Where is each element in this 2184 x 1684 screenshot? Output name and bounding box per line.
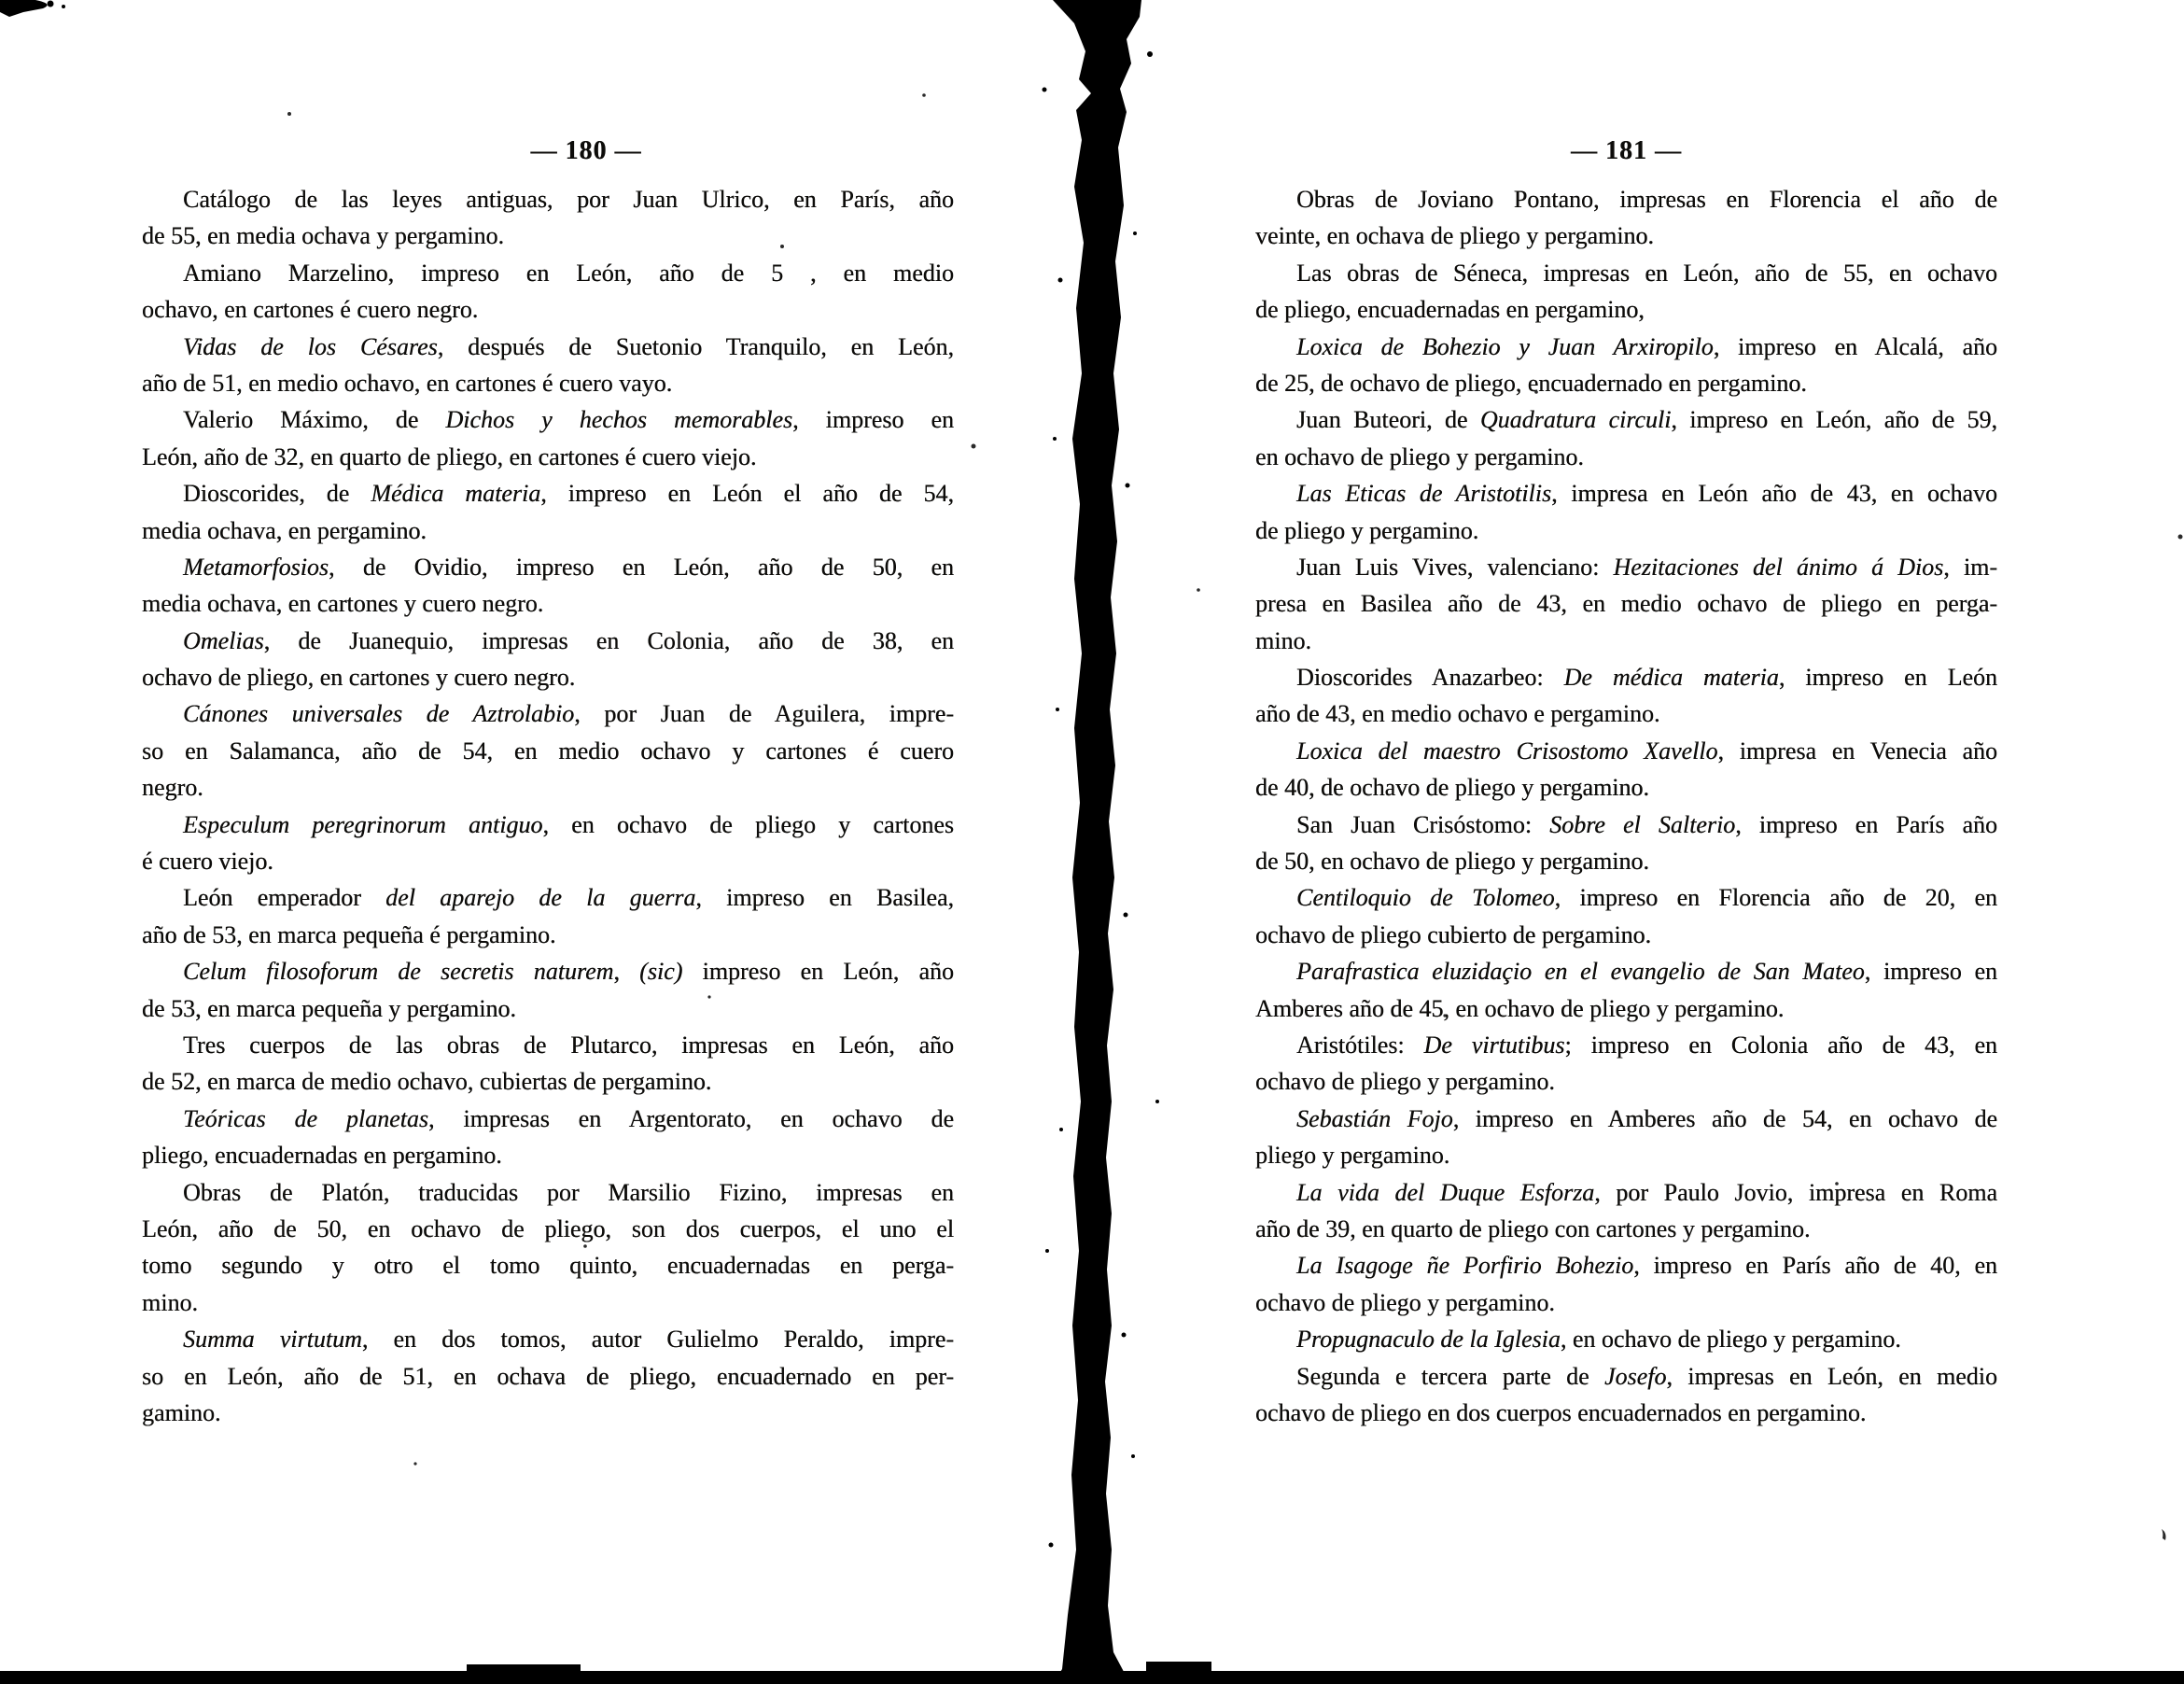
body-text: , impreso en León, año de 59, [1671, 406, 1997, 433]
book-title-italic: Centiloquio de Tolomeo [1296, 884, 1555, 911]
book-title-italic: Dichos y hechos memorables [445, 406, 792, 433]
body-text: Amberes año de 45, en ochavo de pliego y… [1255, 995, 1784, 1022]
body-text: é cuero viejo. [142, 848, 273, 875]
body-text: de 25, de ochavo de pliego, encuadernado… [1255, 370, 1807, 397]
text-line: Juan Luis Vives, valenciano: Hezitacione… [1255, 549, 1997, 585]
body-text: Segunda e tercera parte de [1296, 1363, 1604, 1390]
page-text-column-left: Catálogo de las leyes antiguas, por Juan… [142, 181, 954, 1431]
body-text: año de 43, en medio ochavo e pergamino. [1255, 700, 1659, 727]
book-title-italic: Omelias [183, 627, 264, 654]
text-line: presa en Basilea año de 43, en medio och… [1255, 585, 1997, 622]
text-line: Metamorfosios, de Ovidio, impreso en Leó… [142, 549, 954, 585]
text-line: Juan Buteori, de Quadratura circuli, imp… [1255, 401, 1997, 438]
body-text: , impresa en Venecia año [1717, 737, 1997, 765]
text-line: é cuero viejo. [142, 843, 954, 879]
book-title-italic: De médica materia [1564, 664, 1779, 691]
text-line: en ochavo de pliego y pergamino. [1255, 439, 1997, 475]
body-text: San Juan Crisóstomo: [1296, 811, 1549, 838]
body-text: de 55, en media ochava y pergamino. [142, 222, 504, 249]
book-title-italic: Summa virtutum [183, 1326, 362, 1353]
text-line: mino. [142, 1284, 954, 1321]
body-text: Amiano Marzelino, impreso en León, año d… [183, 260, 954, 287]
book-title-italic: Especulum peregrinorum antiguo [183, 811, 542, 838]
text-line: Aristótiles: De virtutibus; impreso en C… [1255, 1027, 1997, 1063]
text-line: año de 51, en medio ochavo, en cartones … [142, 365, 954, 401]
book-title-italic: Sobre el Salterio [1549, 811, 1735, 838]
text-line: mino. [1255, 623, 1997, 659]
book-title-italic: Loxica de Bohezio y Juan Arxiropilo [1296, 333, 1714, 360]
body-text: , impreso en Amberes año de 54, en ochav… [1453, 1105, 1997, 1132]
body-text: Catálogo de las leyes antiguas, por Juan… [183, 186, 954, 213]
text-line: Especulum peregrinorum antiguo, en ochav… [142, 807, 954, 843]
text-line: de pliego y pergamino. [1255, 512, 1997, 549]
body-text: , im- [1943, 554, 1997, 581]
book-title-italic: La vida del Duque Esforza [1296, 1179, 1594, 1206]
text-line: de 40, de ochavo de pliego y pergamino. [1255, 769, 1997, 806]
body-text: , de Ovidio, impreso en León, año de 50,… [329, 554, 954, 581]
body-text: mino. [142, 1289, 198, 1316]
body-text: ochavo, en cartones é cuero negro. [142, 296, 478, 323]
text-line: veinte, en ochava de pliego y pergamino. [1255, 218, 1997, 254]
body-text: pliego, encuadernadas en pergamino. [142, 1142, 502, 1169]
text-line: Celum filosoforum de secretis naturem, (… [142, 953, 954, 989]
text-line: La Isagoge ñe Porfirio Bohezio, impreso … [1255, 1247, 1997, 1284]
body-text: , en ochavo de pliego y pergamino. [1561, 1326, 1901, 1353]
gutter-speckle [1043, 51, 1160, 1548]
text-line: so en León, año de 51, en ochava de plie… [142, 1358, 954, 1395]
body-text: año de 39, en quarto de pliego con carto… [1255, 1215, 1810, 1242]
text-line: Parafrastica eluzidaçio en el evangelio … [1255, 953, 1997, 989]
body-text: , impreso en Florencia año de 20, en [1555, 884, 1997, 911]
body-text: presa en Basilea año de 43, en medio och… [1255, 590, 1997, 617]
body-text: Juan Luis Vives, valenciano: [1296, 554, 1613, 581]
text-line: Summa virtutum, en dos tomos, autor Guli… [142, 1321, 954, 1357]
book-title-italic: Vidas de los Césares [183, 333, 438, 360]
body-text: , impreso en Basilea, [695, 884, 954, 911]
body-text: , impreso en [792, 406, 954, 433]
bottom-scan-bump [467, 1664, 581, 1673]
text-line: Catálogo de las leyes antiguas, por Juan… [142, 181, 954, 218]
book-title-italic: (sic) [639, 958, 682, 985]
body-text: ochavo de pliego, en cartones y cuero ne… [142, 664, 575, 691]
text-line: media ochava, en cartones y cuero negro. [142, 585, 954, 622]
book-title-italic: Parafrastica eluzidaçio en el evangelio … [1296, 958, 1865, 985]
body-text: , en dos tomos, autor Gulielmo Peraldo, … [362, 1326, 954, 1353]
text-line: de 50, en ochavo de pliego y pergamino. [1255, 843, 1997, 879]
book-title-italic: Médica materia [371, 480, 540, 507]
book-title-italic: Hezitaciones del ánimo á Dios [1613, 554, 1943, 581]
body-text: media ochava, en pergamino. [142, 517, 427, 544]
page-text-column-right: Obras de Joviano Pontano, impresas en Fl… [1255, 181, 1997, 1431]
text-line: Valerio Máximo, de Dichos y hechos memor… [142, 401, 954, 438]
text-line: ochavo de pliego, en cartones y cuero ne… [142, 659, 954, 695]
body-text: , después de Suetonio Tranquilo, en León… [438, 333, 954, 360]
body-text: so en Salamanca, año de 54, en medio och… [142, 737, 954, 765]
body-text: pliego y pergamino. [1255, 1142, 1449, 1169]
body-text: , por Juan de Aguilera, impre- [574, 700, 954, 727]
body-text: mino. [1255, 627, 1311, 654]
text-line: Centiloquio de Tolomeo, impreso en Flore… [1255, 879, 1997, 916]
body-text: , [613, 958, 639, 985]
body-text: de 50, en ochavo de pliego y pergamino. [1255, 848, 1649, 875]
text-line: Cánones universales de Aztrolabio, por J… [142, 695, 954, 732]
book-title-italic: del aparejo de la guerra [385, 884, 695, 911]
body-text: impreso en León, año [682, 958, 954, 985]
text-line: Las Eticas de Aristotilis, impresa en Le… [1255, 475, 1997, 512]
body-text: año de 53, en marca pequeña é pergamino. [142, 921, 556, 948]
text-line: León, año de 32, en quarto de pliego, en… [142, 439, 954, 475]
text-line: tomo segundo y otro el tomo quinto, encu… [142, 1247, 954, 1284]
book-gutter-shadow [1053, 0, 1141, 1684]
bottom-scan-bump [1146, 1662, 1211, 1673]
text-line: Omelias, de Juanequio, impresas en Colon… [142, 623, 954, 659]
body-text: de pliego, encuadernadas en pergamino, [1255, 296, 1645, 323]
body-text: , de Juanequio, impresas en Colonia, año… [264, 627, 954, 654]
body-text: ; impreso en Colonia año de 43, en [1564, 1031, 1997, 1059]
text-line: Teóricas de planetas, impresas en Argent… [142, 1101, 954, 1137]
text-line: Amiano Marzelino, impreso en León, año d… [142, 255, 954, 291]
text-line: negro. [142, 769, 954, 806]
book-title-italic: Las Eticas de Aristotilis [1296, 480, 1551, 507]
text-line: ochavo, en cartones é cuero negro. [142, 291, 954, 328]
text-line: ochavo de pliego y pergamino. [1255, 1063, 1997, 1100]
book-title-italic: Propugnaculo de la Iglesia [1296, 1326, 1561, 1353]
body-text: , en ochavo de pliego y cartones [542, 811, 954, 838]
text-line: de 25, de ochavo de pliego, encuadernado… [1255, 365, 1997, 401]
page-number-right: — 181 — [1255, 136, 1997, 166]
body-text: negro. [142, 774, 203, 801]
book-title-italic: Teóricas de planetas [183, 1105, 428, 1132]
body-text: , impreso en León [1779, 664, 1997, 691]
text-line: Segunda e tercera parte de Josefo, impre… [1255, 1358, 1997, 1395]
body-text: , impresa en León año de 43, en ochavo [1551, 480, 1997, 507]
body-text: , impreso en [1865, 958, 1997, 985]
text-line: Dioscorides, de Médica materia, impreso … [142, 475, 954, 512]
text-line: León, año de 50, en ochavo de pliego, so… [142, 1211, 954, 1247]
text-line: Obras de Platón, traducidas por Marsilio… [142, 1174, 954, 1211]
body-text: de 52, en marca de medio ochavo, cubiert… [142, 1068, 711, 1095]
body-text: ochavo de pliego y pergamino. [1255, 1289, 1555, 1316]
book-title-italic: Cánones universales de Aztrolabio [183, 700, 574, 727]
book-title-italic: Celum filosoforum de secretis naturem [183, 958, 613, 985]
body-text: de 40, de ochavo de pliego y pergamino. [1255, 774, 1649, 801]
text-line: La vida del Duque Esforza, por Paulo Jov… [1255, 1174, 1997, 1211]
text-line: año de 53, en marca pequeña é pergamino. [142, 917, 954, 953]
scanned-book-spread: — 180 — — 181 — Catálogo de las leyes an… [0, 0, 2184, 1684]
body-text: gamino. [142, 1399, 221, 1426]
text-line: Obras de Joviano Pontano, impresas en Fl… [1255, 181, 1997, 218]
body-text: León emperador [183, 884, 385, 911]
book-title-italic: Josefo [1604, 1363, 1666, 1390]
body-text: , impreso en París año [1735, 811, 1997, 838]
body-text: de 53, en marca pequeña y pergamino. [142, 995, 516, 1022]
body-text: en ochavo de pliego y pergamino. [1255, 443, 1584, 470]
book-title-italic: Quadratura circuli [1480, 406, 1672, 433]
book-title-italic: La Isagoge ñe Porfirio Bohezio [1296, 1252, 1633, 1279]
text-line: Vidas de los Césares, después de Suetoni… [142, 329, 954, 365]
body-text: Valerio Máximo, de [183, 406, 445, 433]
body-text: Dioscorides, de [183, 480, 371, 507]
body-text: media ochava, en cartones y cuero negro. [142, 590, 543, 617]
text-line: de 53, en marca pequeña y pergamino. [142, 990, 954, 1027]
text-line: Loxica del maestro Crisostomo Xavello, i… [1255, 733, 1997, 769]
corner-smudge [0, 0, 48, 17]
text-line: Propugnaculo de la Iglesia, en ochavo de… [1255, 1321, 1997, 1357]
body-text: tomo segundo y otro el tomo quinto, encu… [142, 1252, 954, 1279]
book-title-italic: Sebastián Fojo [1296, 1105, 1453, 1132]
body-text: , impreso en Alcalá, año [1714, 333, 1997, 360]
page-number-left: — 180 — [142, 136, 954, 166]
text-line: de pliego, encuadernadas en pergamino, [1255, 291, 1997, 328]
body-text: ochavo de pliego y pergamino. [1255, 1068, 1555, 1095]
text-line: año de 39, en quarto de pliego con carto… [1255, 1211, 1997, 1247]
text-line: Las obras de Séneca, impresas en León, a… [1255, 255, 1997, 291]
text-line: Amberes año de 45, en ochavo de pliego y… [1255, 990, 1997, 1027]
body-text: , impreso en León el año de 54, [540, 480, 954, 507]
text-line: León emperador del aparejo de la guerra,… [142, 879, 954, 916]
body-text: , impreso en París año de 40, en [1633, 1252, 1997, 1279]
book-title-italic: Loxica del maestro Crisostomo Xavello [1296, 737, 1717, 765]
text-line: San Juan Crisóstomo: Sobre el Salterio, … [1255, 807, 1997, 843]
body-text: Obras de Joviano Pontano, impresas en Fl… [1296, 186, 1997, 213]
body-text: so en León, año de 51, en ochava de plie… [142, 1363, 954, 1390]
text-line: Dioscorides Anazarbeo: De médica materia… [1255, 659, 1997, 695]
body-text: Obras de Platón, traducidas por Marsilio… [183, 1179, 954, 1206]
corner-speck [48, 1, 54, 7]
body-text: Aristótiles: [1296, 1031, 1424, 1059]
body-text: Dioscorides Anazarbeo: [1296, 664, 1564, 691]
text-line: ochavo de pliego y pergamino. [1255, 1284, 1997, 1321]
text-line: de 55, en media ochava y pergamino. [142, 218, 954, 254]
text-line: gamino. [142, 1395, 954, 1431]
body-text: , impresas en Argentorato, en ochavo de [428, 1105, 954, 1132]
body-text: veinte, en ochava de pliego y pergamino. [1255, 222, 1654, 249]
text-line: Sebastián Fojo, impreso en Amberes año d… [1255, 1101, 1997, 1137]
body-text: Tres cuerpos de las obras de Plutarco, i… [183, 1031, 954, 1059]
body-text: León, año de 50, en ochavo de pliego, so… [142, 1215, 954, 1242]
text-line: ochavo de pliego en dos cuerpos encuader… [1255, 1395, 1997, 1431]
text-line: pliego y pergamino. [1255, 1137, 1997, 1173]
book-title-italic: Metamorfosios [183, 554, 329, 581]
text-line: so en Salamanca, año de 54, en medio och… [142, 733, 954, 769]
body-text: Juan Buteori, de [1296, 406, 1480, 433]
text-line: de 52, en marca de medio ochavo, cubiert… [142, 1063, 954, 1100]
text-line: media ochava, en pergamino. [142, 512, 954, 549]
book-title-italic: De virtutibus [1424, 1031, 1565, 1059]
body-text: año de 51, en medio ochavo, en cartones … [142, 370, 672, 397]
body-text: León, año de 32, en quarto de pliego, en… [142, 443, 756, 470]
body-text: Las obras de Séneca, impresas en León, a… [1296, 260, 1997, 287]
body-text: , por Paulo Jovio, impresa en Roma [1594, 1179, 1997, 1206]
body-text: ochavo de pliego cubierto de pergamino. [1255, 921, 1651, 948]
bottom-scan-bar [0, 1671, 2184, 1684]
text-line: año de 43, en medio ochavo e pergamino. [1255, 695, 1997, 732]
text-line: Loxica de Bohezio y Juan Arxiropilo, imp… [1255, 329, 1997, 365]
text-line: Tres cuerpos de las obras de Plutarco, i… [142, 1027, 954, 1063]
body-text: ochavo de pliego en dos cuerpos encuader… [1255, 1399, 1866, 1426]
corner-speck [62, 5, 65, 8]
text-line: ochavo de pliego cubierto de pergamino. [1255, 917, 1997, 953]
body-text: , impresas en León, en medio [1666, 1363, 1997, 1390]
text-line: pliego, encuadernadas en pergamino. [142, 1137, 954, 1173]
body-text: de pliego y pergamino. [1255, 517, 1478, 544]
